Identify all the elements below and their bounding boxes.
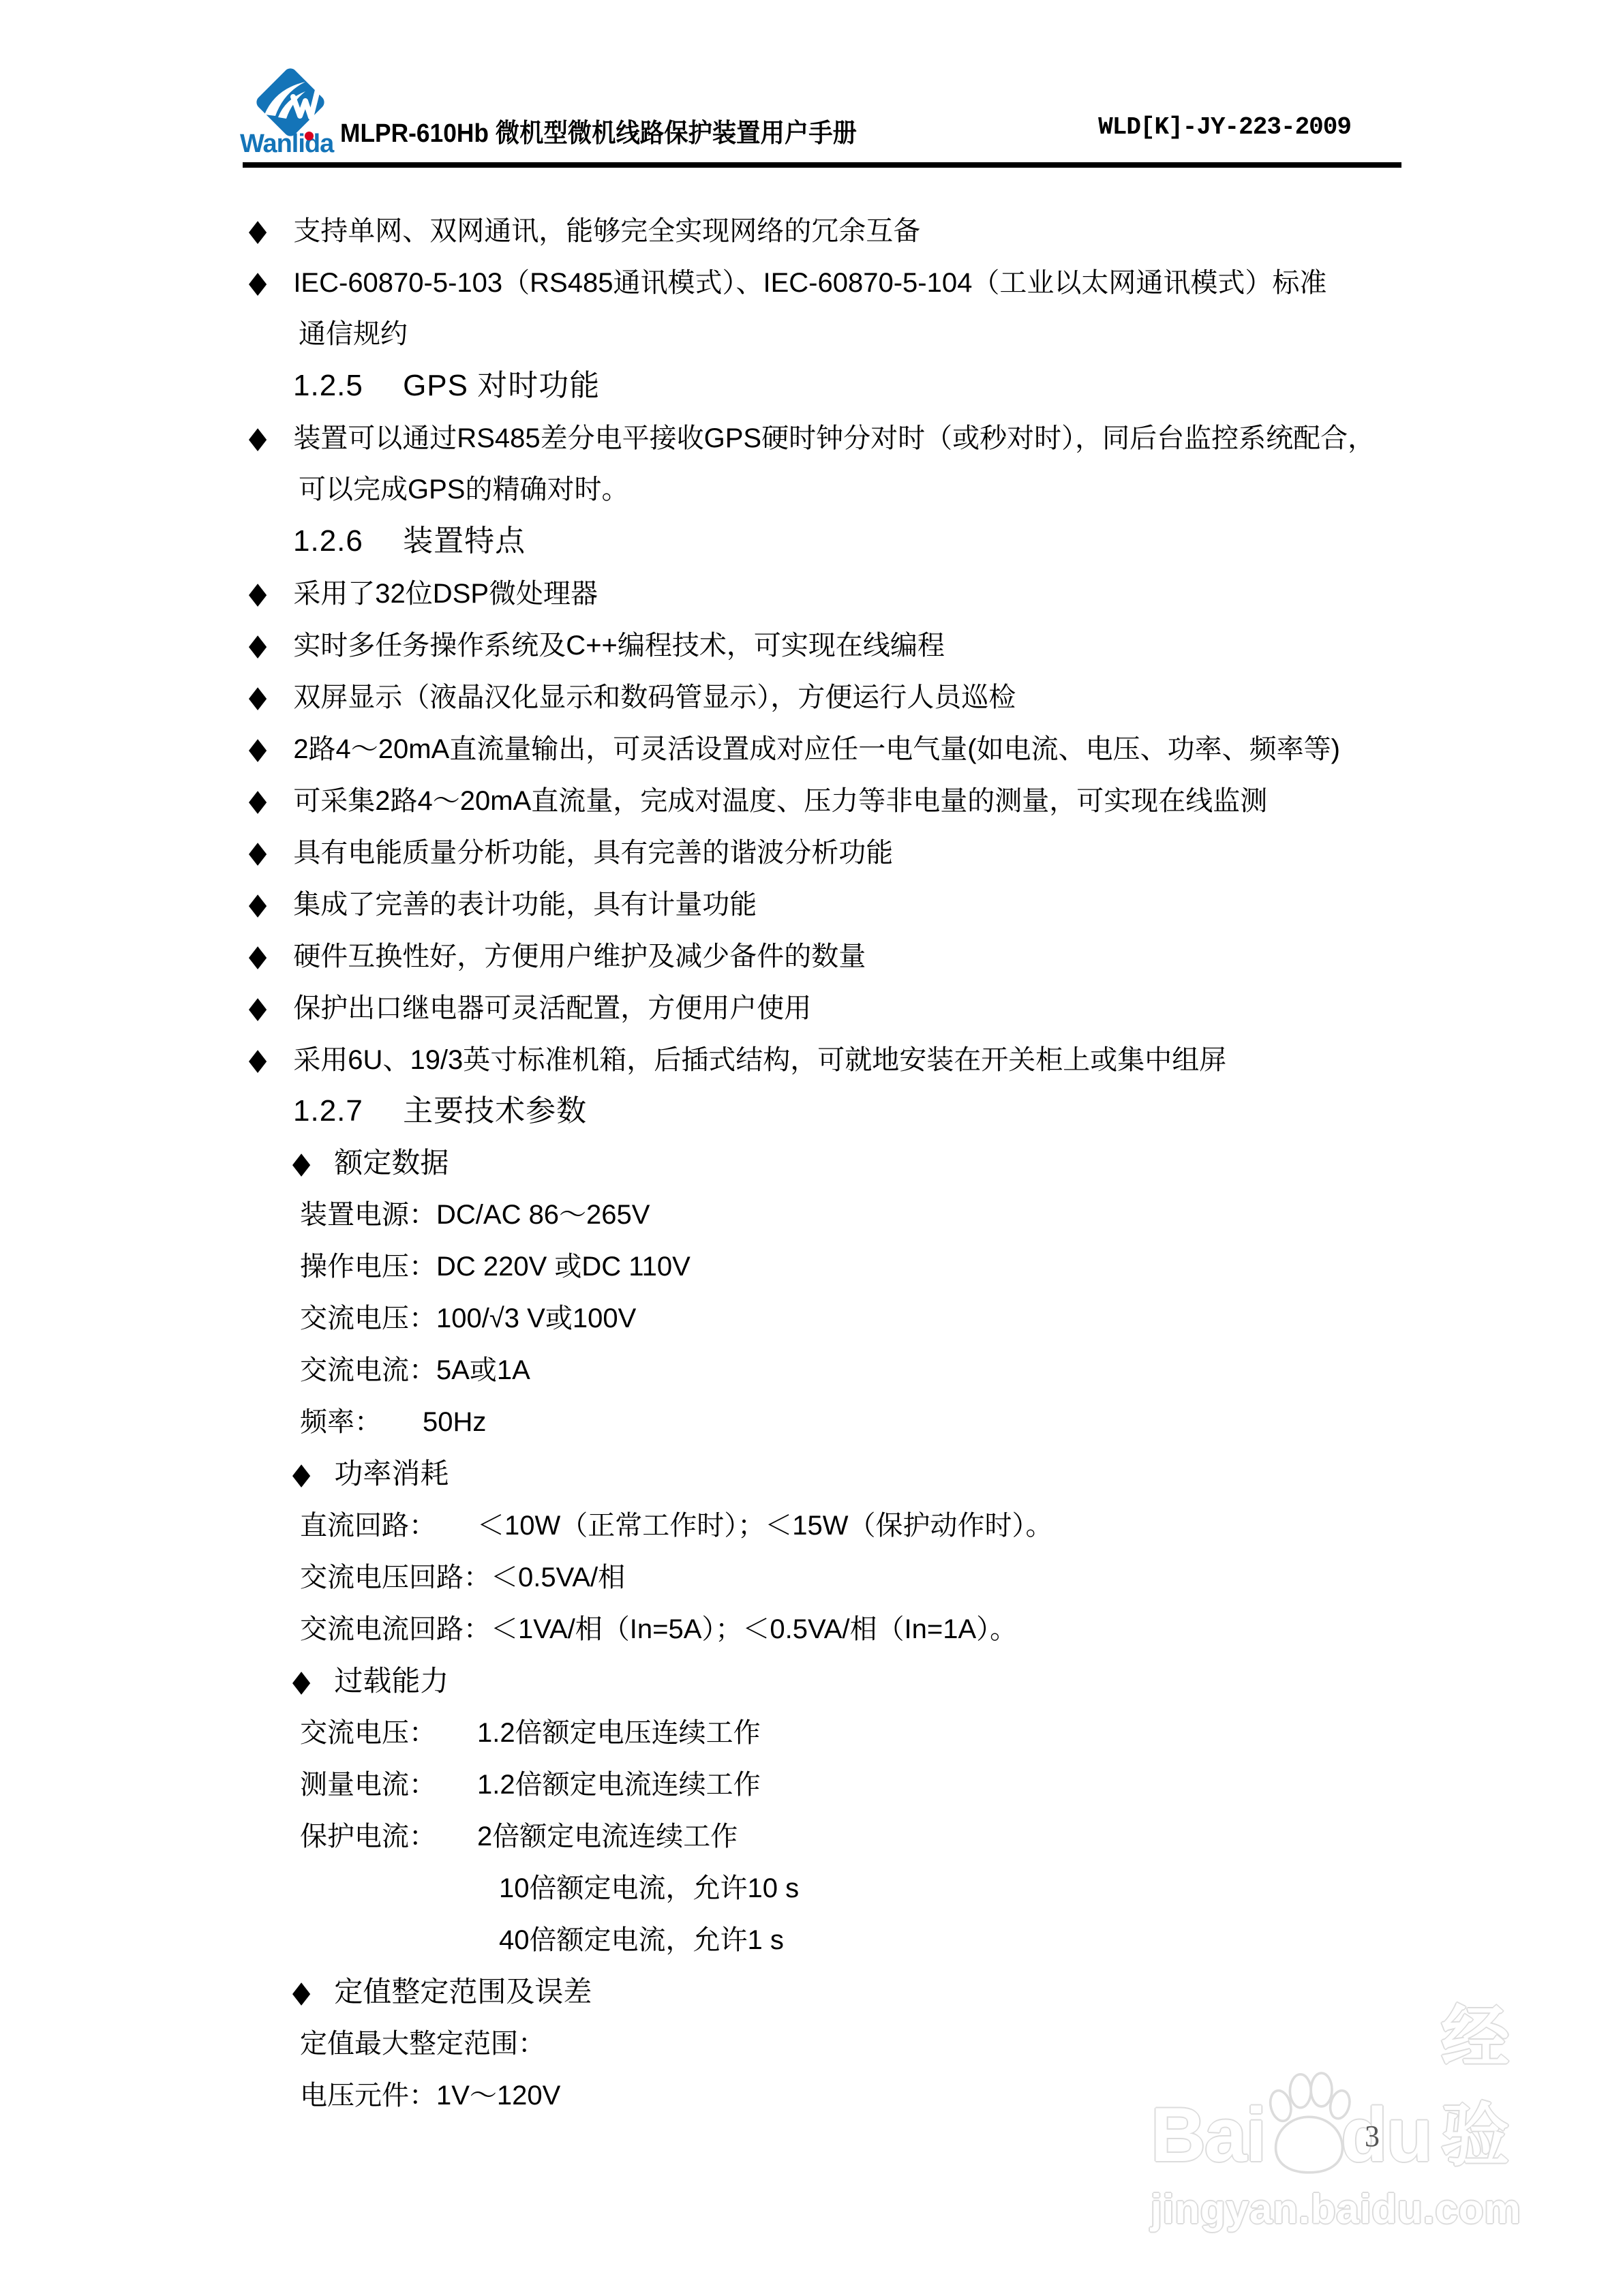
line-text: 装置电源：DC/AC 86～265V — [300, 1200, 650, 1230]
line-text: 交流电流回路：＜1VA/相（In=5A）；＜0.5VA/相（In=1A）。 — [300, 1614, 1017, 1644]
parameter-line: 交流电流：5A或1A — [0, 1344, 1623, 1396]
section-heading: 1.2.7 主要技术参数 — [0, 1085, 1623, 1137]
feature-bullet-item: ◆集成了完善的表计功能，具有计量功能 — [0, 878, 1623, 930]
feature-bullet-item: ◆可采集2路4～20mA直流量，完成对温度、压力等非电量的测量，可实现在线监测 — [0, 774, 1623, 826]
line-text: 双屏显示（液晶汉化显示和数码管显示），方便运行人员巡检 — [293, 682, 1016, 712]
page-header-title: MLPR-610Hb 微机型微机线路保护装置用户手册 — [340, 112, 857, 149]
parameter-line: 保护电流： 2倍额定电流连续工作 — [0, 1811, 1623, 1862]
feature-bullet-item: ◆保护出口继电器可灵活配置，方便用户使用 — [0, 982, 1623, 1033]
line-text: 频率： 50Hz — [300, 1407, 486, 1437]
diamond-bullet-icon: ◆ — [249, 255, 267, 309]
diamond-bullet-icon: ◆ — [249, 669, 267, 724]
line-text: 通信规约 — [299, 319, 408, 349]
feature-bullet-item: ◆2路4～20mA直流量输出，可灵活设置成对应任一电气量(如电流、电压、功率、频… — [0, 723, 1623, 774]
diamond-bullet-icon: ◆ — [249, 721, 267, 776]
line-text: 1.2.5 GPS 对时功能 — [293, 369, 600, 402]
line-text: 具有电能质量分析功能，具有完善的谐波分析功能 — [293, 838, 893, 868]
line-text: 1.2.6 装置特点 — [293, 524, 526, 558]
line-text: 交流电压回路：＜0.5VA/相 — [300, 1562, 625, 1592]
line-text: 电压元件：1V～120V — [300, 2081, 560, 2111]
diamond-bullet-icon: ◆ — [292, 1965, 310, 2019]
line-text: 交流电流：5A或1A — [300, 1355, 530, 1385]
diamond-bullet-icon: ◆ — [249, 825, 267, 879]
feature-bullet-item: ◆实时多任务操作系统及C++编程技术，可实现在线编程 — [0, 619, 1623, 671]
feature-bullet-item: ◆IEC-60870-5-103（RS485通讯模式）、IEC-60870-5-… — [0, 256, 1623, 308]
line-text: 保护电流： 2倍额定电流连续工作 — [300, 1822, 738, 1852]
line-text: 1.2.7 主要技术参数 — [293, 1094, 587, 1128]
line-text: 支持单网、双网通讯，能够完全实现网络的冗余互备 — [293, 216, 920, 246]
parameter-line: 装置电源：DC/AC 86～265V — [0, 1189, 1623, 1241]
diamond-bullet-icon: ◆ — [292, 1654, 310, 1708]
logo-red-dot-icon — [305, 132, 314, 140]
parameter-line: 定值最大整定范围： — [0, 2018, 1623, 2070]
feature-bullet-item: ◆硬件互换性好，方便用户维护及减少备件的数量 — [0, 930, 1623, 982]
diamond-bullet-icon: ◆ — [249, 566, 267, 620]
parameter-line: 交流电压回路：＜0.5VA/相 — [0, 1552, 1623, 1603]
feature-bullet-item: ◆具有电能质量分析功能，具有完善的谐波分析功能 — [0, 826, 1623, 878]
baidu-watermark: Bai du 经验 jingyan.baidu.com — [1151, 2076, 1560, 2233]
content-lines: ◆支持单网、双网通讯，能够完全实现网络的冗余互备◆IEC-60870-5-103… — [0, 205, 1623, 2121]
continuation-line: 通信规约 — [0, 308, 1623, 360]
line-text: 交流电压： 1.2倍额定电压连续工作 — [300, 1718, 761, 1748]
feature-bullet-item: ◆采用6U、19/3英寸标准机箱，后插式结构，可就地安装在开关柜上或集中组屏 — [0, 1033, 1623, 1085]
brand-logo: Wanlida — [240, 65, 349, 168]
parameter-line: 频率： 50Hz — [0, 1396, 1623, 1448]
line-text: 可以完成GPS的精确对时。 — [299, 474, 628, 504]
line-text: 2路4～20mA直流量输出，可灵活设置成对应任一电气量(如电流、电压、功率、频率… — [293, 734, 1340, 764]
diamond-bullet-icon: ◆ — [249, 773, 267, 828]
subsection-bullet-item: ◆定值整定范围及误差 — [0, 1966, 1623, 2018]
page: { "header": { "brand": "Wanlida", "title… — [0, 0, 1623, 2296]
diamond-bullet-icon: ◆ — [292, 1447, 310, 1501]
parameter-line: 交流电压： 1.2倍额定电压连续工作 — [0, 1707, 1623, 1759]
parameter-subline: 10倍额定电流，允许10 s — [0, 1862, 1623, 1914]
line-text: 采用6U、19/3英寸标准机箱，后插式结构，可就地安装在开关柜上或集中组屏 — [293, 1045, 1226, 1075]
line-text: 定值整定范围及误差 — [334, 1976, 592, 2008]
brand-wordmark: Wanlida — [240, 130, 349, 159]
watermark-url: jingyan.baidu.com — [1151, 2186, 1560, 2233]
section-heading: 1.2.5 GPS 对时功能 — [0, 360, 1623, 412]
parameter-line: 测量电流： 1.2倍额定电流连续工作 — [0, 1759, 1623, 1811]
line-text: 额定数据 — [334, 1147, 449, 1179]
feature-bullet-item: ◆支持单网、双网通讯，能够完全实现网络的冗余互备 — [0, 205, 1623, 256]
parameter-line: 直流回路： ＜10W（正常工作时）；＜15W（保护动作时）。 — [0, 1500, 1623, 1552]
diamond-bullet-icon: ◆ — [292, 1136, 310, 1190]
watermark-text-du: du — [1341, 2091, 1431, 2179]
line-text: 实时多任务操作系统及C++编程技术，可实现在线编程 — [293, 631, 945, 661]
line-text: 集成了完善的表计功能，具有计量功能 — [293, 890, 757, 920]
line-text: 10倍额定电流，允许10 s — [499, 1873, 799, 1903]
section-heading: 1.2.6 装置特点 — [0, 515, 1623, 567]
parameter-line: 交流电流回路：＜1VA/相（In=5A）；＜0.5VA/相（In=1A）。 — [0, 1603, 1623, 1655]
diamond-bullet-icon: ◆ — [249, 203, 267, 258]
parameter-subline: 40倍额定电流，允许1 s — [0, 1914, 1623, 1966]
parameter-line: 交流电压：100/√3 V或100V — [0, 1293, 1623, 1344]
line-text: 可采集2路4～20mA直流量，完成对温度、压力等非电量的测量，可实现在线监测 — [293, 786, 1267, 816]
diamond-bullet-icon: ◆ — [249, 928, 267, 983]
diamond-bullet-icon: ◆ — [249, 1032, 267, 1087]
line-text: 测量电流： 1.2倍额定电流连续工作 — [300, 1770, 761, 1800]
line-text: 直流回路： ＜10W（正常工作时）；＜15W（保护动作时）。 — [300, 1511, 1053, 1541]
continuation-line: 可以完成GPS的精确对时。 — [0, 464, 1623, 515]
line-text: 操作电压：DC 220V 或DC 110V — [300, 1252, 691, 1282]
line-text: 交流电压：100/√3 V或100V — [300, 1303, 636, 1333]
feature-bullet-item: ◆采用了32位DSP微处理器 — [0, 567, 1623, 619]
diamond-bullet-icon: ◆ — [249, 410, 267, 465]
diamond-bullet-icon: ◆ — [249, 618, 267, 672]
watermark-text-jingyan: 经验 — [1441, 1982, 1560, 2179]
line-text: 采用了32位DSP微处理器 — [293, 579, 598, 609]
diamond-bullet-icon: ◆ — [249, 877, 267, 931]
line-text: 40倍额定电流，允许1 s — [499, 1925, 784, 1955]
subsection-bullet-item: ◆功率消耗 — [0, 1448, 1623, 1500]
line-text: IEC-60870-5-103（RS485通讯模式）、IEC-60870-5-1… — [293, 268, 1326, 298]
subsection-bullet-item: ◆额定数据 — [0, 1137, 1623, 1189]
baidu-watermark-logo: Bai du 经验 — [1151, 2076, 1560, 2179]
line-text: 硬件互换性好，方便用户维护及减少备件的数量 — [293, 941, 866, 971]
line-text: 功率消耗 — [334, 1457, 449, 1490]
line-text: 保护出口继电器可灵活配置，方便用户使用 — [293, 993, 811, 1023]
diamond-bullet-icon: ◆ — [249, 980, 267, 1035]
line-text: 装置可以通过RS485差分电平接收GPS硬时钟分对时（或秒对时），同后台监控系统… — [293, 423, 1375, 453]
line-text: 过载能力 — [334, 1665, 449, 1697]
watermark-text-bai: Bai — [1151, 2091, 1265, 2179]
line-text: 定值最大整定范围： — [300, 2029, 545, 2059]
page-number: 3 — [1365, 2119, 1380, 2154]
doc-number: WLD[K]-JY-223-2009 — [1098, 113, 1351, 141]
header-rule — [243, 162, 1401, 168]
feature-bullet-item: ◆装置可以通过RS485差分电平接收GPS硬时钟分对时（或秒对时），同后台监控系… — [0, 412, 1623, 464]
feature-bullet-item: ◆双屏显示（液晶汉化显示和数码管显示），方便运行人员巡检 — [0, 671, 1623, 723]
subsection-bullet-item: ◆过载能力 — [0, 1655, 1623, 1707]
parameter-line: 操作电压：DC 220V 或DC 110V — [0, 1241, 1623, 1293]
